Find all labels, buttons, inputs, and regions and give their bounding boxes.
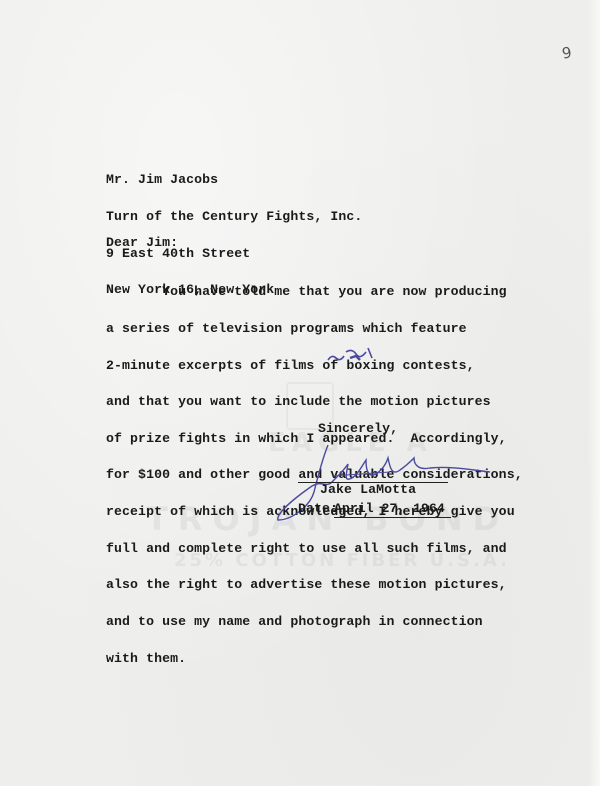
body-line: full and complete right to use all such … [106, 543, 523, 555]
salutation: Dear Jim: [106, 237, 178, 249]
date-label: Date: [298, 503, 338, 515]
date-value: April 27, 1964 [334, 503, 451, 518]
body-line: You have told me that you are now produc… [106, 286, 523, 298]
address-line: Mr. Jim Jacobs [106, 174, 362, 186]
handwritten-correction [326, 344, 382, 366]
body-line: and that you want to include the motion … [106, 396, 523, 408]
closing: Sincerely, [318, 423, 398, 435]
body-line: with them. [106, 653, 523, 665]
page-edge [588, 0, 600, 786]
body-line: and to use my name and photograph in con… [106, 616, 523, 628]
body-line: 2-minute excerpts of films of boxing con… [106, 360, 523, 372]
body-line: a series of television programs which fe… [106, 323, 523, 335]
body-line: also the right to advertise these motion… [106, 579, 523, 591]
address-line: Turn of the Century Fights, Inc. [106, 211, 362, 223]
signer-name: Jake LaMotta [320, 484, 416, 496]
corner-page-number: 9 [561, 43, 574, 62]
